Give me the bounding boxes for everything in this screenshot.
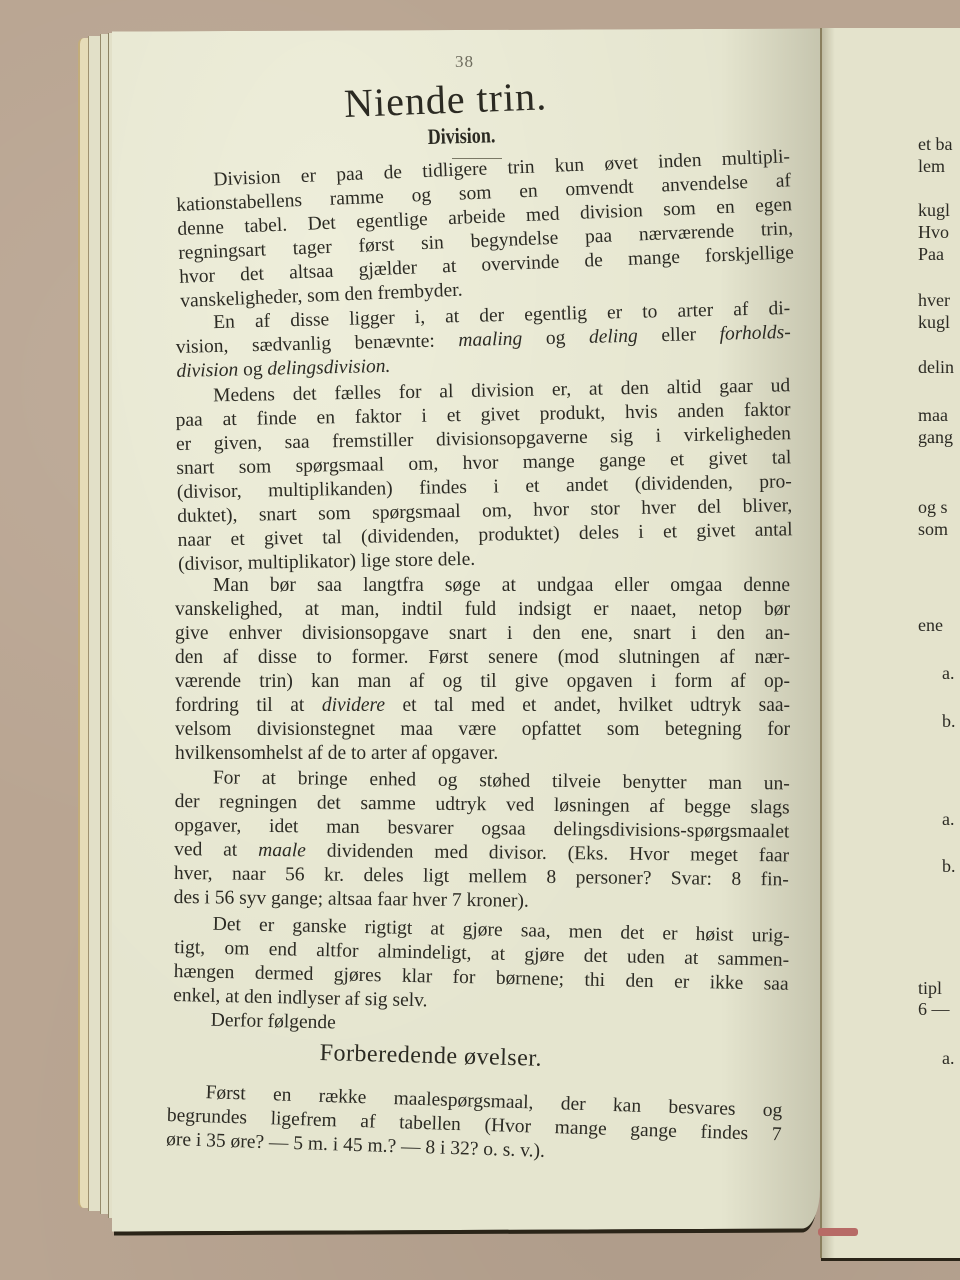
text-line: værende trin) kan man af og til give opg…	[175, 670, 790, 694]
right-page-fragment: a.	[942, 808, 955, 830]
page-number: 38	[455, 52, 474, 72]
right-page-fragment: b.	[942, 710, 956, 732]
section-heading: Forberedende øvelser.	[319, 1040, 542, 1073]
right-page-fragment: og s	[918, 496, 948, 518]
paragraph-5: For at bringe enhed og støhed tilveie be…	[173, 766, 789, 916]
paragraph-1: Division er paa de tidligere trin kun øv…	[175, 145, 795, 314]
italic-term: maaling	[458, 329, 522, 352]
text-line: den af disse to former. Først senere (mo…	[175, 646, 790, 670]
text-fragment: og	[546, 327, 566, 348]
text-fragment: eller	[661, 324, 696, 346]
paragraph-6: Det er ganske rigtigt at gjøre saa, men …	[172, 912, 789, 1045]
right-page-fragment: Paa	[918, 243, 944, 265]
text-line: velsom divisionstegnet maa være opfattet…	[175, 718, 790, 742]
italic-term: forholds-	[719, 322, 791, 345]
right-page-fragment: 6 —	[918, 998, 950, 1020]
text-line: fordring til at dividere et tal med et a…	[175, 694, 790, 718]
italic-term: deling	[589, 326, 638, 348]
right-page-fragment: kugl	[918, 311, 950, 333]
text-line: Man bør saa langtfra søge at undgaa elle…	[175, 574, 790, 598]
right-page-fragment: ene	[918, 614, 943, 636]
text-line: give enhver divisionsopgave snart i den …	[175, 622, 790, 646]
right-page-fragment: gang	[918, 426, 953, 448]
text-line: hvilkensomhelst af de to arter af opgave…	[175, 742, 790, 766]
right-page-fragment: som	[918, 518, 948, 540]
right-page-fragment: a.	[942, 662, 955, 684]
right-page-fragment: lem	[918, 155, 945, 177]
italic-term: division	[176, 359, 238, 382]
paragraph-4: Man bør saa langtfra søge at undgaa elle…	[175, 574, 790, 766]
right-page-fragment: delin	[918, 356, 954, 378]
text-fragment: vision, sædvanlig benævnte:	[176, 331, 435, 358]
chapter-title: Niende trin.	[343, 72, 548, 127]
text-fragment: fordring til at	[175, 695, 304, 716]
text-fragment: og	[243, 359, 263, 380]
right-page-fragment: tipl	[918, 977, 942, 999]
right-page-fragment: Hvo	[918, 221, 949, 243]
right-page-fragment: maa	[918, 404, 948, 426]
right-page-fragment: et ba	[918, 133, 952, 155]
right-page-fragment: kugl	[918, 199, 950, 221]
italic-term: dividere	[322, 695, 385, 716]
text-fragment: ved at	[174, 839, 237, 861]
right-page-fragment: hver	[918, 289, 950, 311]
text-fragment: et tal med et andet, hvilket udtryk saa-	[403, 695, 790, 716]
text-fragment: dividenden med divisor. (Eks. Hvor meget…	[327, 841, 790, 867]
chapter-subtitle: Division.	[427, 122, 495, 150]
italic-term: delingsdivision.	[267, 356, 390, 380]
spine-binding	[818, 1228, 858, 1236]
paragraph-2: En af disse ligger i, at der egentlig er…	[175, 297, 792, 384]
paragraph-3: Medens det fælles for al division er, at…	[175, 374, 793, 577]
right-page-fragment: b.	[942, 855, 956, 877]
text-line: vanskelighed, at man, indtil fuld indsig…	[175, 598, 790, 622]
right-page-fragment: a.	[942, 1047, 955, 1069]
italic-term: maale	[258, 840, 306, 861]
